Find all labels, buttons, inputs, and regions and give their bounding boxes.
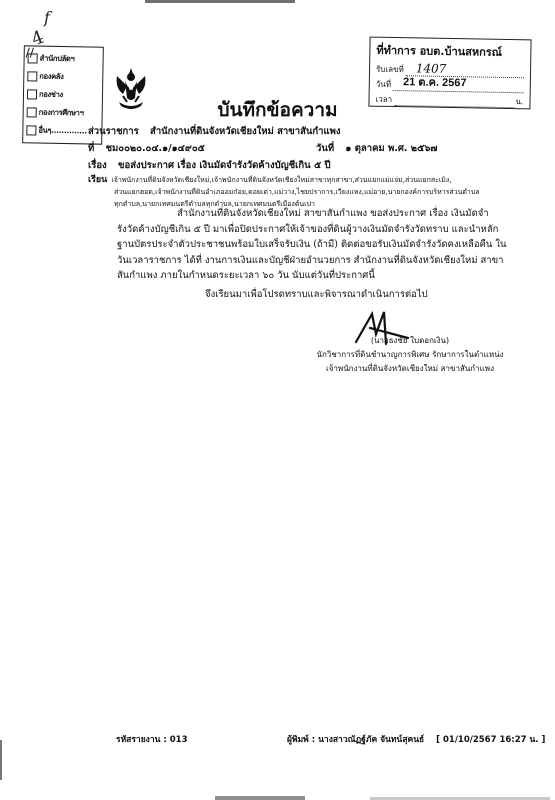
printer-name: นางสาวณัฏฐ์ภัค จันทน์สุคนธ์ <box>318 735 424 745</box>
scan-edge-artifact <box>145 0 295 3</box>
printer-label: ผู้พิมพ์ : <box>287 735 315 745</box>
scan-edge-artifact <box>0 740 2 780</box>
closing-line: จึงเรียนมาเพื่อโปรดทราบและพิจารณาดำเนินก… <box>205 287 428 302</box>
ref-line: ที่ ชม๐๐๒๐.๐๔.๑/๑๔๙๐๕ <box>88 141 205 156</box>
date-value: ๑ ตุลาคม พ.ศ. ๒๕๖๗ <box>345 143 437 154</box>
stamp-date-label: วันที่ <box>376 78 391 91</box>
routing-item-label: สำนักปลัดฯ <box>40 53 75 66</box>
date-line: วันที่ ๑ ตุลาคม พ.ศ. ๒๕๖๗ <box>316 141 437 156</box>
memo-body: สำนักงานที่ดินจังหวัดเชียงใหม่ สาขาสันกำ… <box>117 206 507 284</box>
routing-item-label: กองคลัง <box>39 71 63 83</box>
checkbox-icon[interactable] <box>26 125 36 135</box>
memo-title: บันทึกข้อความ <box>0 95 555 125</box>
ref-value: ชม๐๐๒๐.๐๔.๑/๑๔๙๐๕ <box>106 143 205 154</box>
to-label: เรียน <box>88 175 107 185</box>
subject-label: เรื่อง <box>88 160 107 171</box>
ref-label: ที่ <box>88 143 94 154</box>
stamp-date: 21 ต.ค. 2567 <box>393 72 524 93</box>
routing-item[interactable]: กองคลัง <box>27 67 99 86</box>
agency-label: ส่วนราชการ <box>88 126 139 137</box>
printer-info: ผู้พิมพ์ : นางสาวณัฏฐ์ภัค จันทน์สุคนธ์ [… <box>287 732 545 746</box>
report-code-label: รหัสรายงาน : <box>116 735 167 745</box>
signature-block: (นายธงชัย ใบดอกเงิน) นักวิชาการที่ดินชำน… <box>300 334 520 376</box>
checkbox-icon[interactable] <box>27 71 37 81</box>
stamp-title: ที่ทำการ อบต.บ้านสหกรณ์ <box>376 41 524 62</box>
checkbox-checked-icon[interactable]: // <box>28 53 38 63</box>
routing-item[interactable]: // สำนักปลัดฯ <box>27 49 99 68</box>
recipients-line: เจ้าพนักงานที่ดินจังหวัดเชียงใหม่,เจ้าพน… <box>111 176 451 184</box>
printed-at: [ 01/10/2567 16:27 น. ] <box>436 735 545 745</box>
signer-position: เจ้าพนักงานที่ดินจังหวัดเชียงใหม่ สาขาสั… <box>300 362 520 376</box>
routing-item-label: อื่นๆ.............. <box>38 125 87 138</box>
signer-position: นักวิชาการที่ดินชำนาญการพิเศษ รักษาการใน… <box>300 348 520 362</box>
agency-value: สำนักงานที่ดินจังหวัดเชียงใหม่ สาขาสันกำ… <box>150 126 340 137</box>
body-paragraph: สำนักงานที่ดินจังหวัดเชียงใหม่ สาขาสันกำ… <box>117 206 507 284</box>
subject-value: ขอส่งประกาศ เรื่อง เงินมัดจำรังวัดค้างบั… <box>118 160 330 171</box>
scan-edge-artifact <box>215 796 305 800</box>
handwritten-mark: f <box>44 8 50 27</box>
recipients-block: เรียนเจ้าพนักงานที่ดินจังหวัดเชียงใหม่,เ… <box>88 174 528 210</box>
subject-line: เรื่อง ขอส่งประกาศ เรื่อง เงินมัดจำรังวั… <box>88 158 331 173</box>
date-label: วันที่ <box>316 143 334 154</box>
report-code-value: 013 <box>170 735 188 745</box>
signer-name: (นายธงชัย ใบดอกเงิน) <box>300 334 520 348</box>
report-code: รหัสรายงาน : 013 <box>116 732 188 746</box>
recipients-line: ส่วนแยกฮอด,เจ้าพนักงานที่ดินอำเภออมก๋อย,… <box>88 186 528 198</box>
agency-line: ส่วนราชการ สำนักงานที่ดินจังหวัดเชียงใหม… <box>88 124 341 139</box>
